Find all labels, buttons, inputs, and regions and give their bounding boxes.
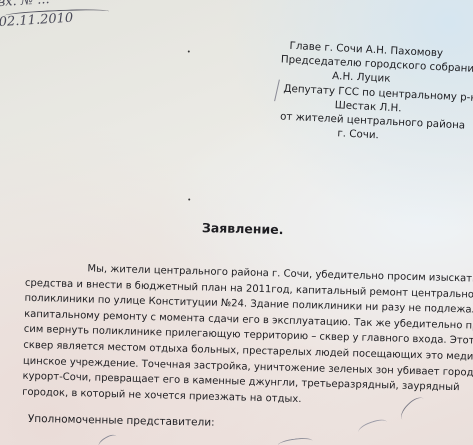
signature-stroke-icon: [97, 432, 119, 445]
paper-speck-icon: [188, 198, 190, 200]
statement-body: Мы, жители центрального района г. Сочи, …: [22, 260, 461, 412]
signature-stroke-icon: [277, 436, 313, 445]
handwritten-note-line1: вх. № ...: [0, 0, 50, 10]
document-title: Заявление.: [202, 220, 284, 237]
signature-stroke-icon: [357, 417, 389, 437]
paper-speck-icon: [188, 50, 190, 52]
document-page: вх. № ... 02.11.2010 Главе г. Сочи А.Н. …: [0, 0, 473, 445]
signature-label: Уполномоченные представители:: [28, 413, 215, 429]
addressee-block: Главе г. Сочи А.Н. Пахомову Председателю…: [277, 38, 472, 147]
